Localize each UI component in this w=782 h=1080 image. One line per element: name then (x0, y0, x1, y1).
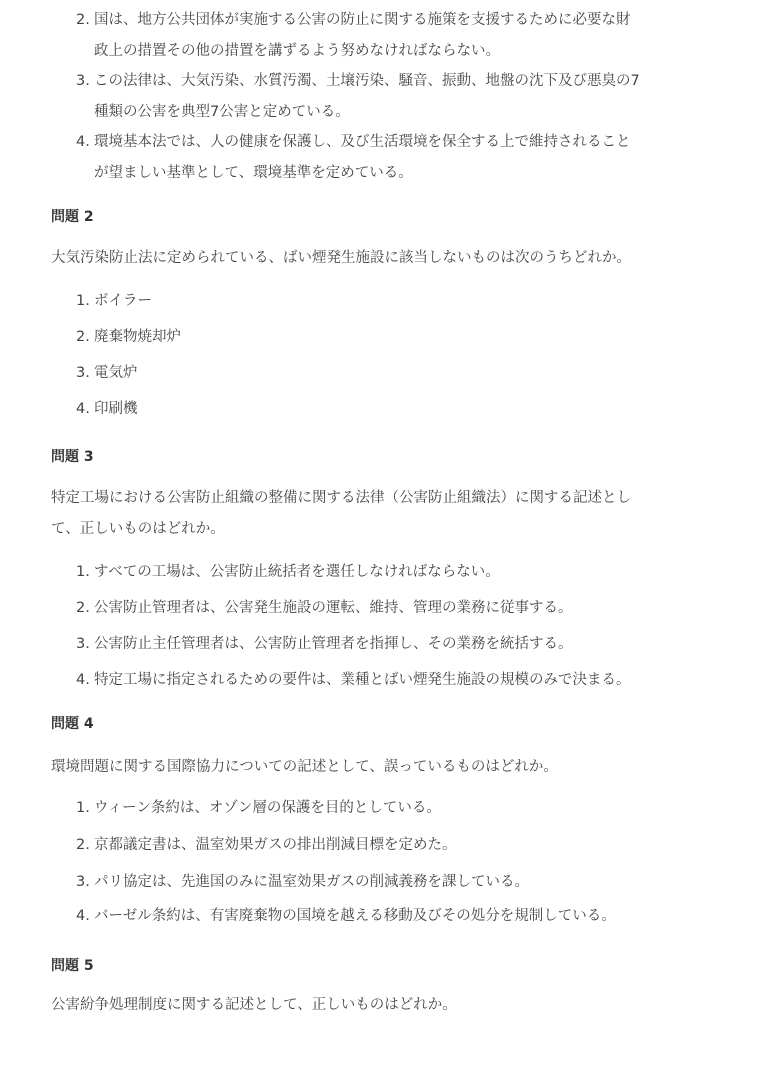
q4-option-2: 2.京都議定書は、温室効果ガスの排出削減目標を定めた。 (76, 830, 457, 861)
q2-option-4: 4.印刷機 (76, 394, 138, 425)
q4-option-1: 1.ウィーン条約は、オゾン層の保護を目的としている。 (76, 793, 441, 824)
q4-option-3: 3.パリ協定は、先進国のみに温室効果ガスの削減義務を課している。 (76, 867, 529, 898)
q2-option-1: 1.ボイラー (76, 286, 152, 317)
q1-option-3: 3.この法律は、大気汚染、水質汚濁、土壌汚染、騒音、振動、地盤の沈下及び悪臭の7… (76, 66, 640, 128)
q4-option-4: 4.バーゼル条約は、有害廃棄物の国境を越える移動及びその処分を規制している。 (76, 901, 616, 932)
q3-heading: 問題 3 (51, 446, 94, 466)
q3-option-3: 3.公害防止主任管理者は、公害防止管理者を指揮し、その業務を統括する。 (76, 629, 573, 660)
q2-option-3: 3.電気炉 (76, 358, 138, 389)
q1-option-2: 2.国は、地方公共団体が実施する公害の防止に関する施策を支援するために必要な財 … (76, 5, 631, 67)
q2-heading: 問題 2 (51, 206, 94, 226)
q3-option-1: 1.すべての工場は、公害防止統括者を選任しなければならない。 (76, 557, 500, 588)
q5-question: 公害紛争処理制度に関する記述として、正しいものはどれか。 (51, 990, 457, 1021)
q3-question: 特定工場における公害防止組織の整備に関する法律（公害防止組織法）に関する記述とし… (51, 483, 631, 545)
q4-question: 環境問題に関する国際協力についての記述として、誤っているものはどれか。 (51, 752, 558, 783)
q1-option-4: 4.環境基本法では、人の健康を保護し、及び生活環境を保全する上で維持されること … (76, 127, 631, 189)
q3-option-2: 2.公害防止管理者は、公害発生施設の運転、維持、管理の業務に従事する。 (76, 593, 573, 624)
q4-heading: 問題 4 (51, 713, 94, 733)
q3-option-4: 4.特定工場に指定されるための要件は、業種とばい煙発生施設の規模のみで決まる。 (76, 665, 631, 696)
q5-heading: 問題 5 (51, 955, 94, 975)
q2-option-2: 2.廃棄物焼却炉 (76, 322, 181, 353)
q2-question: 大気汚染防止法に定められている、ばい煙発生施設に該当しないものは次のうちどれか。 (51, 243, 631, 274)
